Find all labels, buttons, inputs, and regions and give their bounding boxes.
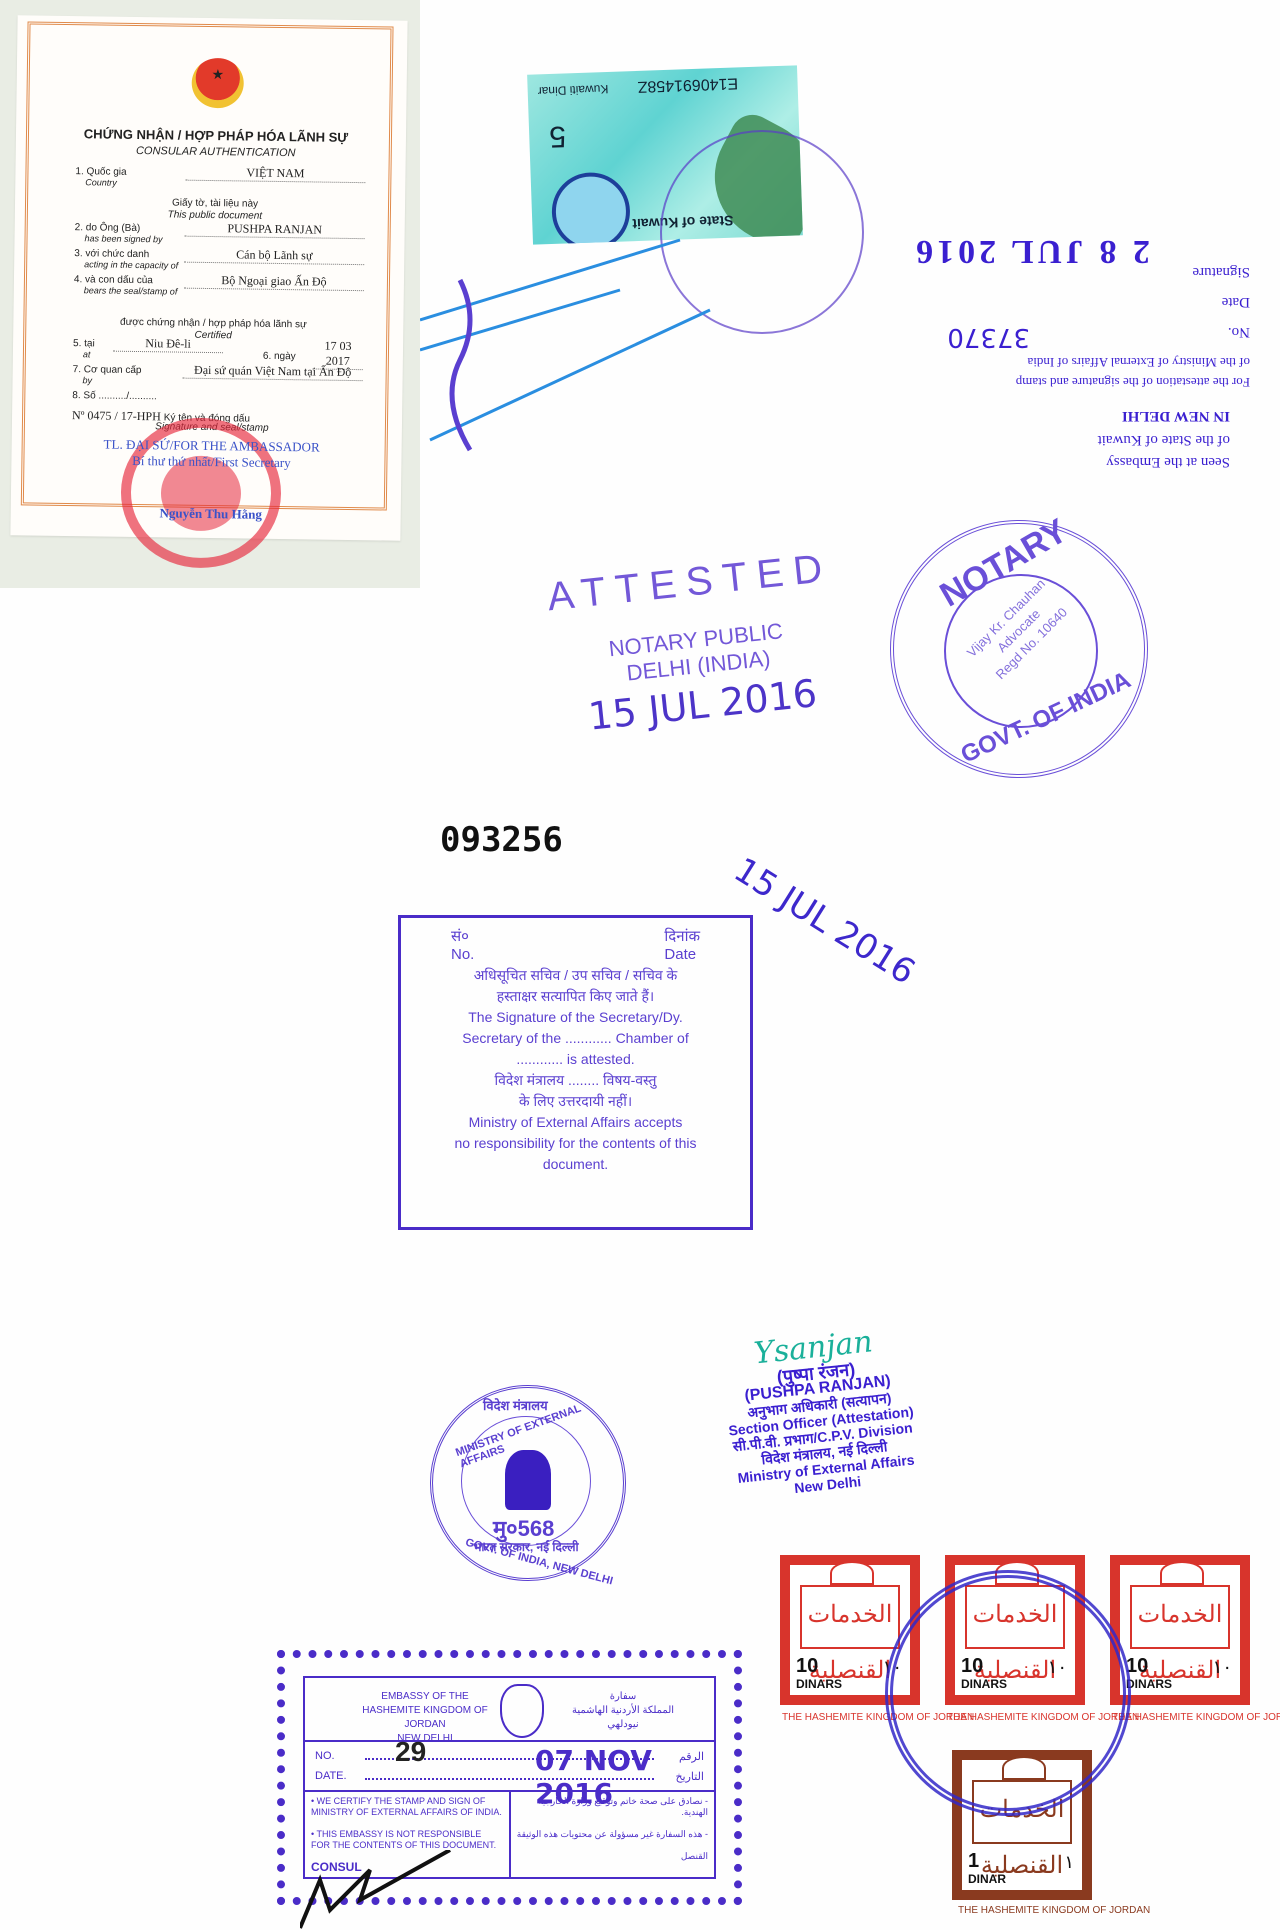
jordan-date-row: DATE. التاريخ (315, 1770, 704, 1782)
kw-signature-label: Signature (1193, 263, 1251, 280)
field-signed-by: 2. do Ông (Bà) has been signed by PUSHPA… (74, 222, 374, 247)
field-capacity: 3. với chức danh acting in the capacity … (74, 248, 374, 273)
signer-name: Nguyễn Thu Hằng (51, 504, 371, 524)
ashoka-emblem-icon (505, 1450, 551, 1510)
jordan-revenue-stamp: الخدمات القنصلية 10 DINARS ١٠ (1110, 1555, 1250, 1705)
field-country: 1. Quốc gia Country VIỆT NAM (75, 166, 375, 191)
stamp-currency: Kuwaiti Dinar (537, 82, 608, 98)
kw-no-label: No. (1228, 323, 1250, 340)
kw-date-label: Date (1222, 293, 1250, 310)
signature-scribble-icon (420, 220, 720, 460)
kw-no-value: 37370 (947, 322, 1030, 352)
consul-signature-icon (300, 1850, 460, 1930)
stamp-serial: E140691458Z (637, 73, 738, 94)
notary-round-seal: NOTARY GOVT. OF INDIA Vijay Kr. Chauhan … (890, 520, 1148, 778)
certificate-paper: ★ CHỨNG NHẬN / HỢP PHÁP HÓA LÃNH SỰ CONS… (10, 15, 407, 540)
field-issuer: 7. Cơ quan cấp by Đại sứ quán Việt Nam t… (72, 364, 372, 389)
vietnam-consular-certificate: ★ CHỨNG NHẬN / HỢP PHÁP HÓA LÃNH SỰ CONS… (0, 0, 420, 588)
jordan-no-row: NO. 29 07 NOV 2016 الرقم (315, 1750, 704, 1762)
jordan-embassy-round-seal-icon (885, 1570, 1131, 1816)
notary-attested-stamp: ATTESTED NOTARY PUBLIC DELHI (INDIA) 15 … (528, 544, 871, 816)
kw-date-stamp: 2 8 JUL 2016 (912, 232, 1150, 270)
mea-signatory-block: Ysanjan (पुष्पा रंजन) (PUSHPA RANJAN) अन… (662, 1315, 977, 1508)
field-seal-of: 4. và con dấu của bears the seal/stamp o… (74, 274, 374, 299)
stamp-value: 5 (549, 118, 567, 153)
mea-round-seal: विदेश मंत्रालय MINISTRY OF EXTERNAL AFFA… (430, 1385, 626, 1581)
mea-attestation-box: सं०No. दिनांकDate अधिसूचित सचिव / उप सचि… (398, 915, 753, 1230)
crown-icon (830, 1561, 874, 1585)
field-place: 5. tại at Niu Đê-li 17 03 2017 6. ngày (73, 338, 373, 363)
serial-number: 093256 (440, 820, 563, 860)
crown-icon (1160, 1561, 1204, 1585)
jordan-crest-icon (500, 1684, 544, 1738)
mea-date-stamp: 15 JUL 2016 (727, 850, 922, 993)
kuwait-embassy-attestation: Seen at the Embassy of the State of Kuwa… (840, 120, 1260, 470)
